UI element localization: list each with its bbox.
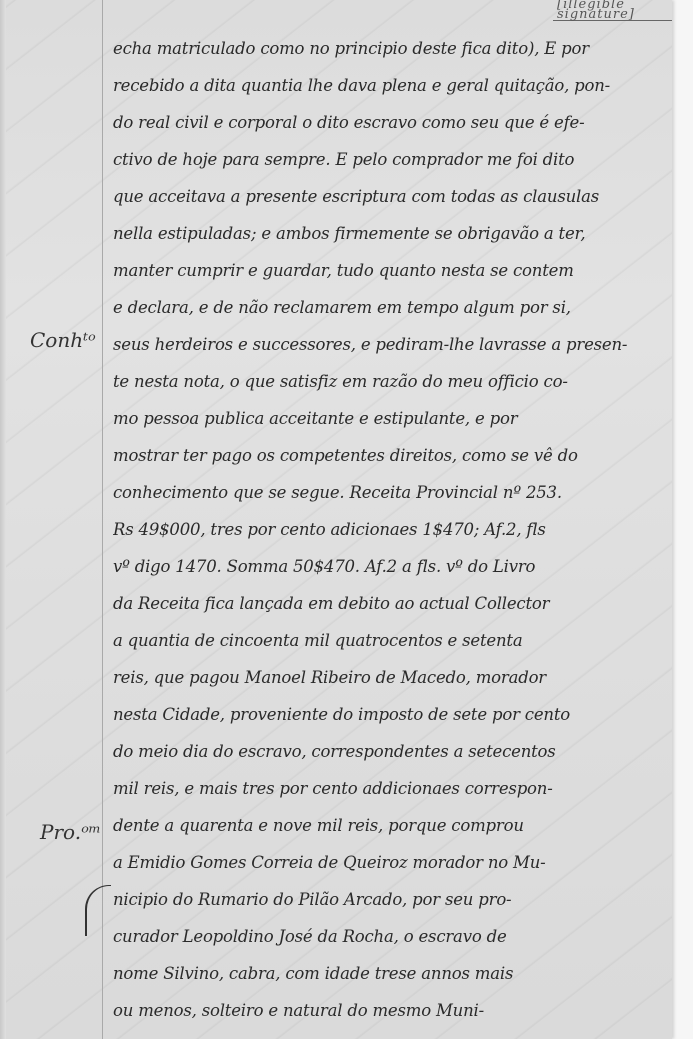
text-line: curador Leopoldino José da Rocha, o escr… [113,918,672,955]
text-line: manter cumprir e guardar, tudo quanto ne… [113,252,672,289]
text-line: nicipio do Rumario do Pilão Arcado, por … [113,881,672,918]
manuscript-body: echa matriculado como no principio deste… [113,30,672,1029]
text-line: do real civil e corporal o dito escravo … [113,104,672,141]
text-line: a Emidio Gomes Correia de Queiroz morado… [113,844,672,881]
text-line: da Receita fica lançada em debito ao act… [113,585,672,622]
text-line: que acceitava a presente escriptura com … [113,178,672,215]
text-line: recebido a dita quantia lhe dava plena e… [113,67,672,104]
text-line: reis, que pagou Manoel Ribeiro de Macedo… [113,659,672,696]
margin-note-procuracao: Pro.ᵒᵐ [40,820,101,844]
page-binding-edge [0,0,6,1039]
text-line: echa matriculado como no principio deste… [113,30,672,67]
text-line: nesta Cidade, proveniente do imposto de … [113,696,672,733]
text-line: mil reis, e mais tres por cento addicion… [113,770,672,807]
bracket-flourish [85,885,111,936]
text-line: Rs 49$000, tres por cento adicionaes 1$4… [113,511,672,548]
text-line: do meio dia do escravo, correspondentes … [113,733,672,770]
text-line: mo pessoa publica acceitante e estipulan… [113,400,672,437]
text-line: vº digo 1470. Somma 50$470. Af.2 a fls. … [113,548,672,585]
manuscript-page: [illegible signature] Conhᵗᵒ Pro.ᵒᵐ echa… [0,0,672,1039]
text-line: te nesta nota, o que satisfiz em razão d… [113,363,672,400]
text-line: mostrar ter pago os competentes direitos… [113,437,672,474]
text-line: ou menos, solteiro e natural do mesmo Mu… [113,992,672,1029]
text-line: conhecimento que se segue. Receita Provi… [113,474,672,511]
margin-rule-line [102,0,103,1039]
text-line: seus herdeiros e successores, e pediram-… [113,326,672,363]
text-line: a quantia de cincoenta mil quatrocentos … [113,622,672,659]
text-line: ctivo de hoje para sempre. E pelo compra… [113,141,672,178]
text-line: nella estipuladas; e ambos firmemente se… [113,215,672,252]
text-line: dente a quarenta e nove mil reis, porque… [113,807,672,844]
header-signature-stamp: [illegible signature] [553,0,672,21]
margin-note-conhecimento: Conhᵗᵒ [30,328,96,352]
margin-note-label: Pro.ᵒᵐ [40,820,101,844]
margin-note-label: Conhᵗᵒ [30,328,96,352]
text-line: e declara, e de não reclamarem em tempo … [113,289,672,326]
text-line: nome Silvino, cabra, com idade trese ann… [113,955,672,992]
